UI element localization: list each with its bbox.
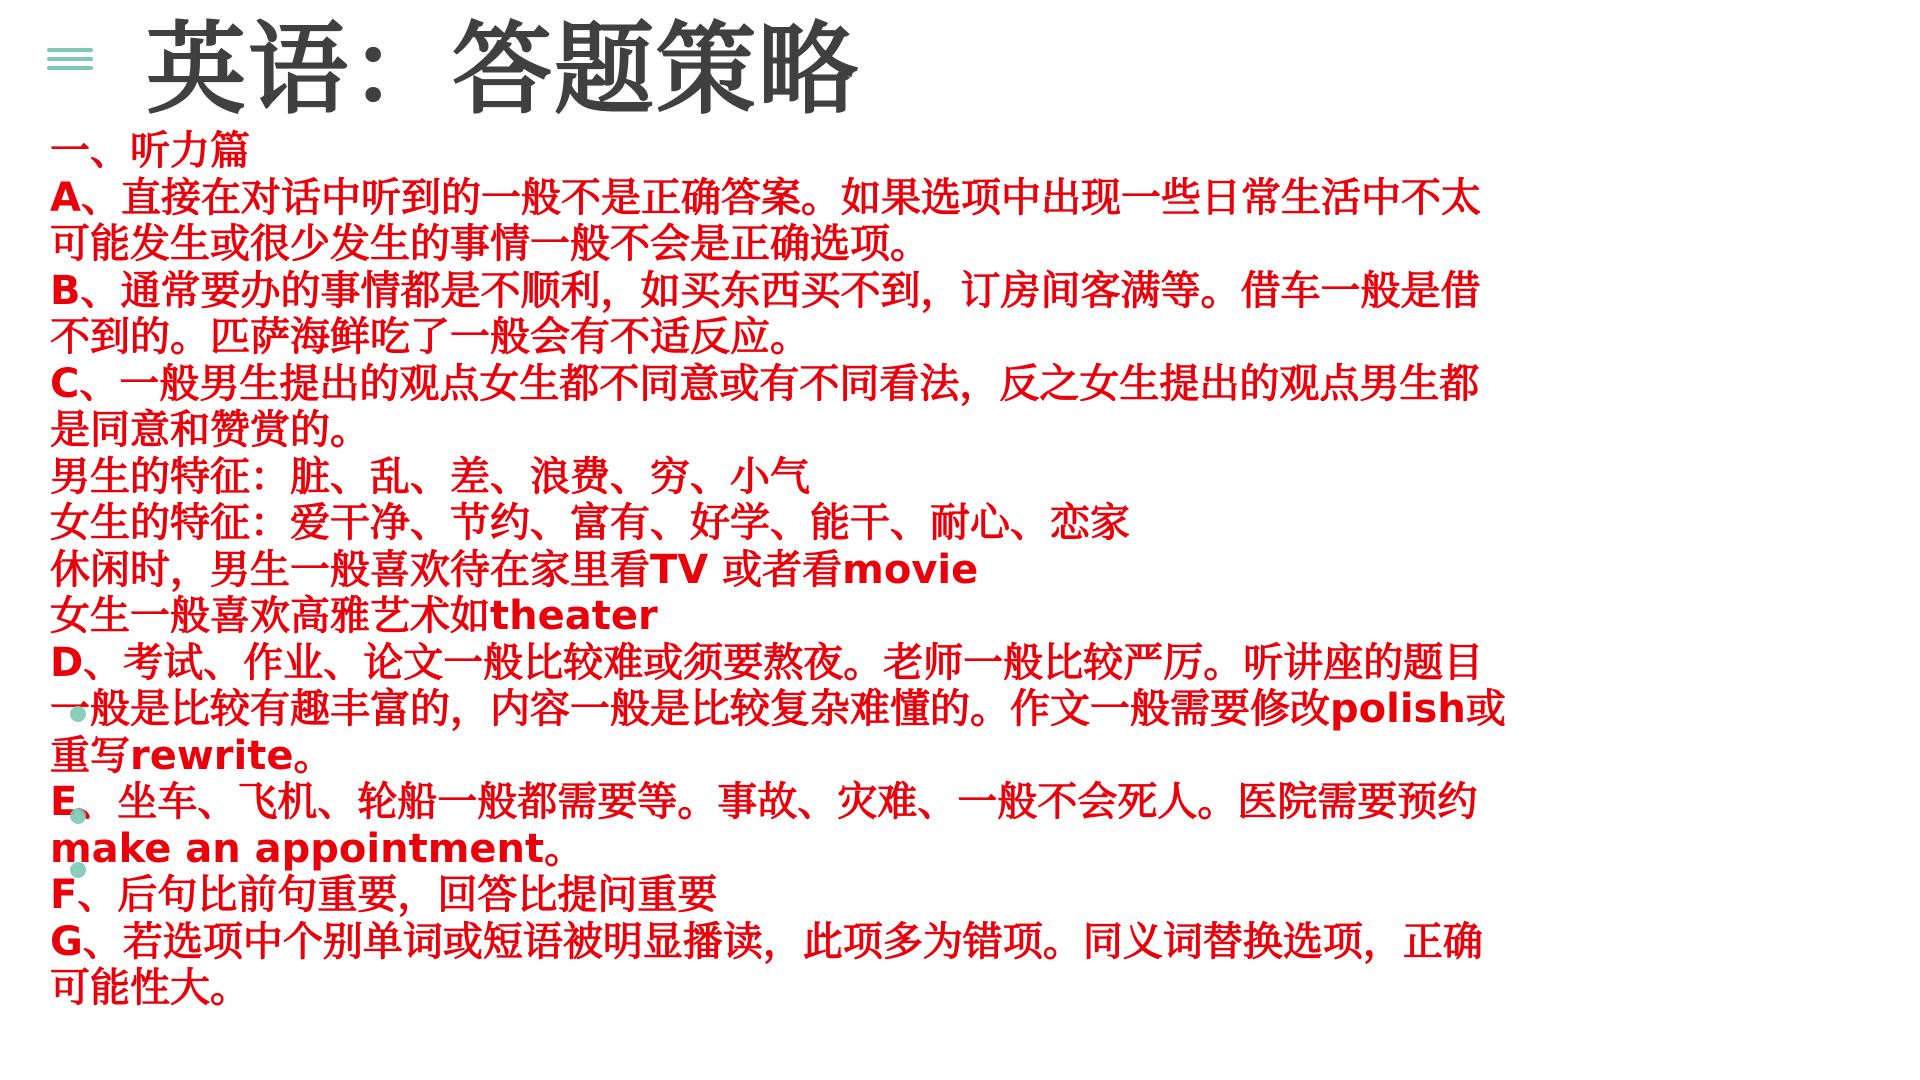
- decorative-dot-icon: [70, 862, 86, 878]
- body-line-b1: B、通常要办的事情都是不顺利，如买东西买不到，订房间客满等。借车一般是借: [50, 268, 1810, 315]
- body-line-a1: A、直接在对话中听到的一般不是正确答案。如果选项中出现一些日常生活中不太: [50, 175, 1810, 222]
- body-line-female-traits: 女生的特征：爱干净、节约、富有、好学、能干、耐心、恋家: [50, 500, 1810, 547]
- body-line-e1: E、坐车、飞机、轮船一般都需要等。事故、灾难、一般不会死人。医院需要预约: [50, 779, 1810, 826]
- section-heading: 一、听力篇: [50, 128, 1810, 175]
- body-line-d2: 一般是比较有趣丰富的，内容一般是比较复杂难懂的。作文一般需要修改polish或: [50, 686, 1810, 733]
- body-line-leisure-male: 休闲时，男生一般喜欢待在家里看TV 或者看movie: [50, 547, 1810, 594]
- slide-body: 一、听力篇 A、直接在对话中听到的一般不是正确答案。如果选项中出现一些日常生活中…: [50, 128, 1810, 1012]
- body-line-leisure-female: 女生一般喜欢高雅艺术如theater: [50, 593, 1810, 640]
- body-line-f: F、后句比前句重要，回答比提问重要: [50, 872, 1810, 919]
- menu-icon: [47, 48, 93, 70]
- slide-title: 英语：答题策略: [146, 10, 860, 130]
- menu-icon-bar: [47, 57, 93, 61]
- decorative-dot-icon: [70, 706, 86, 722]
- body-line-c2: 是同意和赞赏的。: [50, 407, 1810, 454]
- body-line-g1: G、若选项中个别单词或短语被明显播读，此项多为错项。同义词替换选项，正确: [50, 919, 1810, 966]
- body-line-b2: 不到的。匹萨海鲜吃了一般会有不适反应。: [50, 314, 1810, 361]
- menu-icon-bar: [47, 66, 93, 70]
- slide: 英语：答题策略 一、听力篇 A、直接在对话中听到的一般不是正确答案。如果选项中出…: [0, 0, 1920, 1080]
- body-line-c1: C、一般男生提出的观点女生都不同意或有不同看法，反之女生提出的观点男生都: [50, 361, 1810, 408]
- decorative-dot-icon: [70, 808, 86, 824]
- body-line-male-traits: 男生的特征：脏、乱、差、浪费、穷、小气: [50, 454, 1810, 501]
- body-line-d1: D、考试、作业、论文一般比较难或须要熬夜。老师一般比较严厉。听讲座的题目: [50, 640, 1810, 687]
- body-line-a2: 可能发生或很少发生的事情一般不会是正确选项。: [50, 221, 1810, 268]
- body-line-e2: make an appointment。: [50, 826, 1810, 873]
- menu-icon-bar: [47, 48, 93, 52]
- body-line-g2: 可能性大。: [50, 965, 1810, 1012]
- body-line-d3: 重写rewrite。: [50, 733, 1810, 780]
